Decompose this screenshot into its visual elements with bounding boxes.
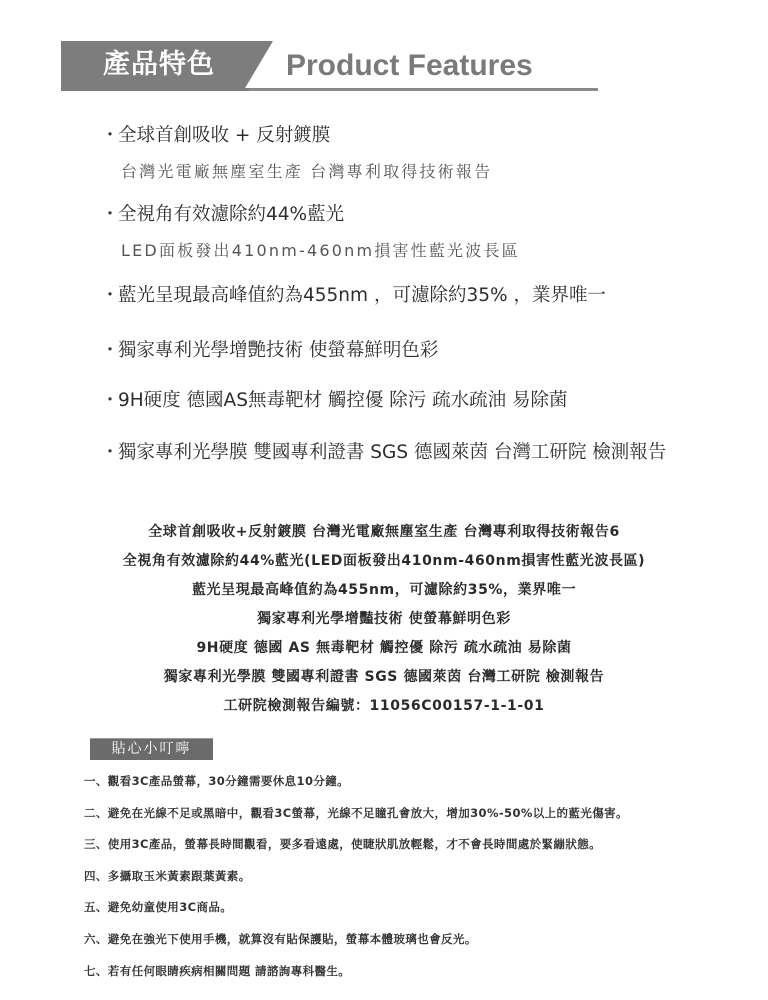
feature-item: ・藍光呈現最高峰值約為455nm ，可濾除約35% ，業界唯一 bbox=[101, 281, 606, 309]
feature-subtitle: LED面板發出410nm-460nm損害性藍光波長區 bbox=[121, 238, 520, 261]
tip-item: 七、若有任何眼睛疾病相關問題 請諮詢專科醫生。 bbox=[84, 961, 628, 993]
tips-heading: 貼心小叮嚀 bbox=[90, 738, 213, 760]
summary-line: 藍光呈現最高峰值約為455nm，可濾除約35%，業界唯一 bbox=[0, 576, 768, 605]
report-number: 工研院檢測報告編號：11056C00157-1-1-01 bbox=[0, 692, 768, 721]
bullet-icon: ・ bbox=[101, 386, 118, 412]
feature-item: ・獨家專利光學膜 雙國專利證書 SGS 德國萊茵 台灣工研院 檢測報告 bbox=[101, 438, 666, 466]
summary-line: 全視角有效濾除約44%藍光(LED面板發出410nm-460nm損害性藍光波長區… bbox=[0, 547, 768, 576]
feature-item: ・9H硬度 德國AS無毒靶材 觸控優 除污 疏水疏油 易除菌 bbox=[101, 386, 568, 414]
feature-item: ・獨家專利光學增艷技術 使螢幕鮮明色彩 bbox=[101, 336, 438, 364]
title-underline-divider bbox=[249, 88, 598, 91]
feature-title: 獨家專利光學增艷技術 使螢幕鮮明色彩 bbox=[118, 340, 438, 361]
bullet-icon: ・ bbox=[101, 200, 118, 226]
tip-item: 四、多攝取玉米黃素跟葉黃素。 bbox=[84, 866, 628, 898]
bullet-icon: ・ bbox=[101, 281, 118, 307]
tip-item: 五、避免幼童使用3C商品。 bbox=[84, 897, 628, 929]
feature-title: 獨家專利光學膜 雙國專利證書 SGS 德國萊茵 台灣工研院 檢測報告 bbox=[118, 442, 666, 463]
feature-summary: 全球首創吸收+反射鍍膜 台灣光電廠無塵室生產 台灣專利取得技術報告6 全視角有效… bbox=[0, 518, 768, 721]
tips-list: 一、觀看3C產品螢幕，30分鐘需要休息10分鐘。 二、避免在光線不足或黑暗中，觀… bbox=[84, 771, 628, 992]
summary-line: 9H硬度 德國 AS 無毒靶材 觸控優 除污 疏水疏油 易除菌 bbox=[0, 634, 768, 663]
summary-line: 獨家專利光學增豔技術 使螢幕鮮明色彩 bbox=[0, 605, 768, 634]
bullet-icon: ・ bbox=[101, 336, 118, 362]
feature-item: ・全視角有效濾除約44%藍光 LED面板發出410nm-460nm損害性藍光波長… bbox=[101, 200, 344, 228]
tip-item: 一、觀看3C產品螢幕，30分鐘需要休息10分鐘。 bbox=[84, 771, 628, 803]
summary-line: 獨家專利光學膜 雙國專利證書 SGS 德國萊茵 台灣工研院 檢測報告 bbox=[0, 663, 768, 692]
feature-title: 全視角有效濾除約44%藍光 bbox=[118, 204, 344, 225]
tip-item: 三、使用3C產品，螢幕長時間觀看，要多看遠處，使睫狀肌放輕鬆，才不會長時間處於緊… bbox=[84, 834, 628, 866]
tip-item: 二、避免在光線不足或黑暗中，觀看3C螢幕，光線不足瞳孔會放大，增加30%-50%… bbox=[84, 803, 628, 835]
section-header-banner: 產品特色 Product Features bbox=[61, 41, 598, 91]
bullet-icon: ・ bbox=[101, 438, 118, 464]
feature-subtitle: 台灣光電廠無塵室生產 台灣專利取得技術報告 bbox=[121, 159, 492, 182]
summary-line: 全球首創吸收+反射鍍膜 台灣光電廠無塵室生產 台灣專利取得技術報告6 bbox=[0, 518, 768, 547]
feature-title: 9H硬度 德國AS無毒靶材 觸控優 除污 疏水疏油 易除菌 bbox=[118, 390, 568, 411]
tip-item: 六、避免在強光下使用手機，就算沒有貼保護貼，螢幕本體玻璃也會反光。 bbox=[84, 929, 628, 961]
banner-block-base bbox=[61, 88, 249, 91]
section-title-en: Product Features bbox=[286, 48, 533, 84]
feature-title: 全球首創吸收 + 反射鍍膜 bbox=[118, 125, 330, 146]
bullet-icon: ・ bbox=[101, 121, 118, 147]
tips-heading-rule bbox=[90, 738, 213, 739]
section-title-zh: 產品特色 bbox=[103, 47, 215, 83]
feature-item: ・全球首創吸收 + 反射鍍膜 台灣光電廠無塵室生產 台灣專利取得技術報告 bbox=[101, 121, 330, 149]
feature-title: 藍光呈現最高峰值約為455nm ，可濾除約35% ，業界唯一 bbox=[118, 285, 606, 306]
